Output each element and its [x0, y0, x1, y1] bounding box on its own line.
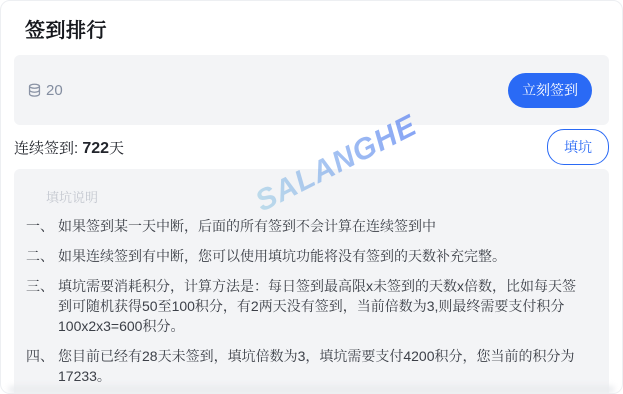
signin-now-button[interactable]: 立刻签到	[508, 73, 592, 108]
streak-days-unit: 天	[109, 140, 124, 157]
fill-pit-button[interactable]: 填坑	[547, 129, 609, 165]
instructions-title: 填坑说明	[46, 187, 589, 206]
instruction-text: 如果签到某一天中断，后面的所有签到不会计算在连续签到中	[58, 216, 589, 236]
instructions-card: 填坑说明 一、 如果签到某一天中断，后面的所有签到不会计算在连续签到中 二、 如…	[14, 169, 609, 394]
points-value: 20	[46, 82, 63, 99]
streak-label: 连续签到:	[14, 140, 82, 157]
streak-row: 连续签到: 722天 填坑	[14, 125, 609, 169]
instruction-item-2: 二、 如果连续签到有中断，您可以使用填坑功能将没有签到的天数补充完整。	[26, 246, 589, 266]
coin-stack-icon	[26, 82, 43, 99]
signin-ranking-panel: 签到排行 20 立刻签到 连续签到: 722天 填坑 填坑说明 一、 如果签到某…	[0, 0, 623, 394]
instruction-text: 您目前已经有28天未签到，填坑倍数为3，填坑需要支付4200积分，您当前的积分为…	[58, 346, 589, 386]
streak-text: 连续签到: 722天	[14, 137, 124, 158]
streak-days-value: 722	[82, 140, 109, 157]
cutoff-content-strip	[9, 386, 614, 393]
points-display: 20	[26, 82, 63, 99]
instruction-marker: 二、	[26, 246, 58, 266]
instruction-marker: 一、	[26, 216, 58, 236]
instruction-item-1: 一、 如果签到某一天中断，后面的所有签到不会计算在连续签到中	[26, 216, 589, 236]
instruction-text: 如果连续签到有中断，您可以使用填坑功能将没有签到的天数补充完整。	[58, 246, 589, 266]
page-title: 签到排行	[25, 14, 622, 43]
signin-card: 20 立刻签到	[14, 55, 609, 125]
instruction-item-3: 三、 填坑需要消耗积分，计算方法是：每日签到最高限x未签到的天数x倍数，比如每天…	[26, 276, 589, 336]
instruction-marker: 四、	[26, 346, 58, 386]
instruction-item-4: 四、 您目前已经有28天未签到，填坑倍数为3，填坑需要支付4200积分，您当前的…	[26, 346, 589, 386]
instruction-marker: 三、	[26, 276, 58, 336]
instruction-text: 填坑需要消耗积分，计算方法是：每日签到最高限x未签到的天数x倍数，比如每天签到可…	[58, 276, 589, 336]
